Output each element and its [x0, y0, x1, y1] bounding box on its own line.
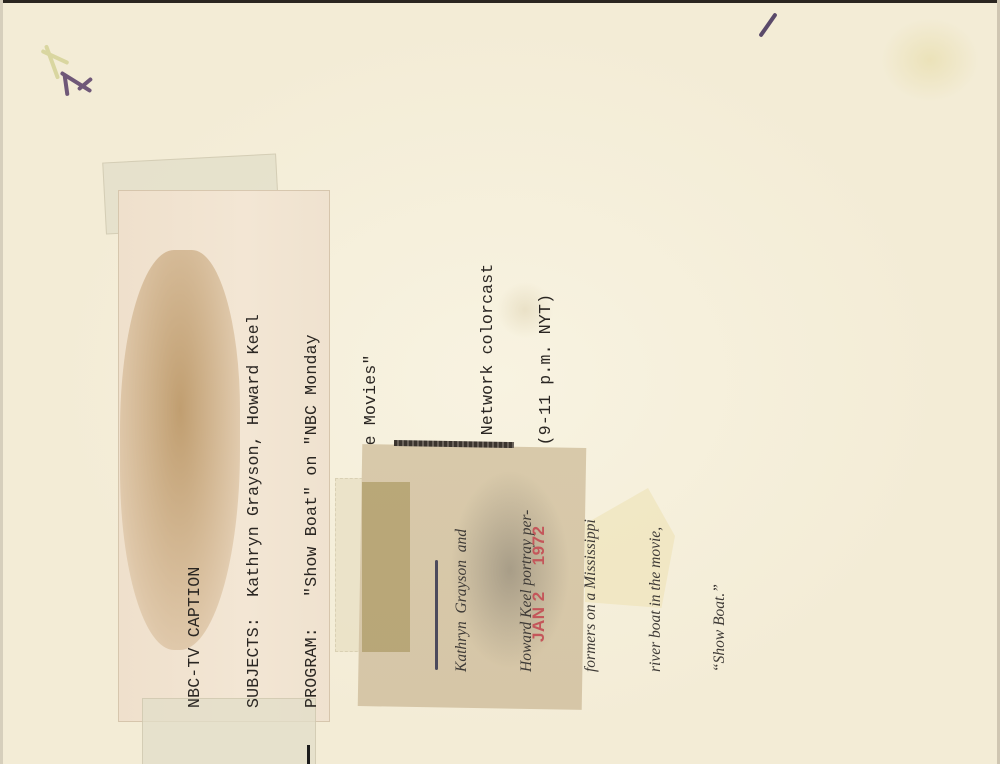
- clipping-line: “Show Boat.”: [709, 510, 731, 672]
- clipping-caption-text: Kathryn Grayson and Howard Keel portray …: [408, 510, 752, 672]
- scan-left-edge: [0, 0, 3, 764]
- stamp-month-day: JAN 2: [529, 591, 549, 642]
- clipping-inner-tape: [362, 482, 410, 652]
- clipping-line: Kathryn Grayson and: [451, 510, 473, 672]
- caption-header: NBC-TV CAPTION: [185, 264, 205, 709]
- ink-tick-mark: [307, 745, 310, 764]
- clipping-line: formers on a Mississippi: [580, 510, 602, 672]
- subjects-value: Kathryn Grayson, Howard Keel: [244, 314, 263, 597]
- scan-top-edge: [0, 0, 1000, 3]
- program-value-line1: "Show Boat" on "NBC Monday: [302, 334, 321, 597]
- caption-program-row: PROGRAM: "Show Boat" on "NBC Monday: [302, 264, 322, 709]
- stamp-year: 1972: [529, 525, 549, 565]
- air-time: (9-11 p.m. NYT): [536, 294, 555, 456]
- caption-subjects-row: SUBJECTS: Kathryn Grayson, Howard Keel: [244, 264, 264, 709]
- program-label: PROGRAM:: [302, 627, 321, 708]
- subjects-label: SUBJECTS:: [244, 617, 263, 708]
- pen-underline-mark: [435, 560, 438, 670]
- clipping-line: river boat in the movie,: [645, 510, 667, 672]
- date-stamp: JAN 21972: [529, 525, 549, 642]
